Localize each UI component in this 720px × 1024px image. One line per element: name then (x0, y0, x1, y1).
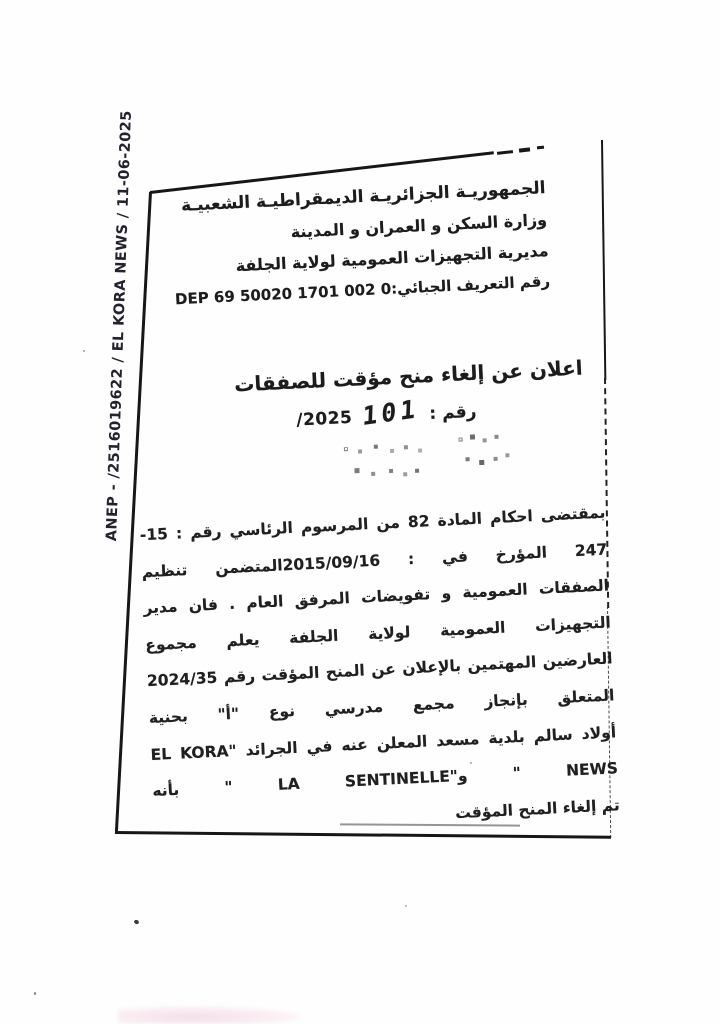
handwritten-number: 101 (362, 394, 420, 431)
announcement-body: بمقتضى احكام المادة 82 من المرسوم الرئاس… (139, 495, 621, 847)
number-year: 2025/ (296, 407, 353, 430)
scan-speck (133, 919, 139, 925)
faded-scribble-marks (460, 439, 462, 441)
document-frame-border-top-dash (537, 146, 544, 150)
scan-speck (405, 905, 407, 907)
document-letterhead: الجمهوريـة الجزائريـة الديمقراطيـة الشعب… (116, 149, 603, 318)
scanned-document-page: ANEP - /2516019622 / EL KORA NEWS / 11-0… (0, 0, 720, 1024)
scan-speck (83, 350, 85, 352)
document-content: الجمهوريـة الجزائريـة الديمقراطيـة الشعب… (116, 149, 624, 752)
announcement-number-line: رقم : 101 2025/ (164, 390, 609, 441)
number-label: رقم : (429, 401, 477, 423)
announcement-title: اعلان عن إلغاء منح مؤقت للصفقات (210, 354, 607, 397)
faded-scribble-marks (345, 448, 347, 450)
pink-scan-smudge (118, 1006, 303, 1024)
scan-speck (470, 762, 472, 764)
scan-speck (34, 992, 36, 995)
